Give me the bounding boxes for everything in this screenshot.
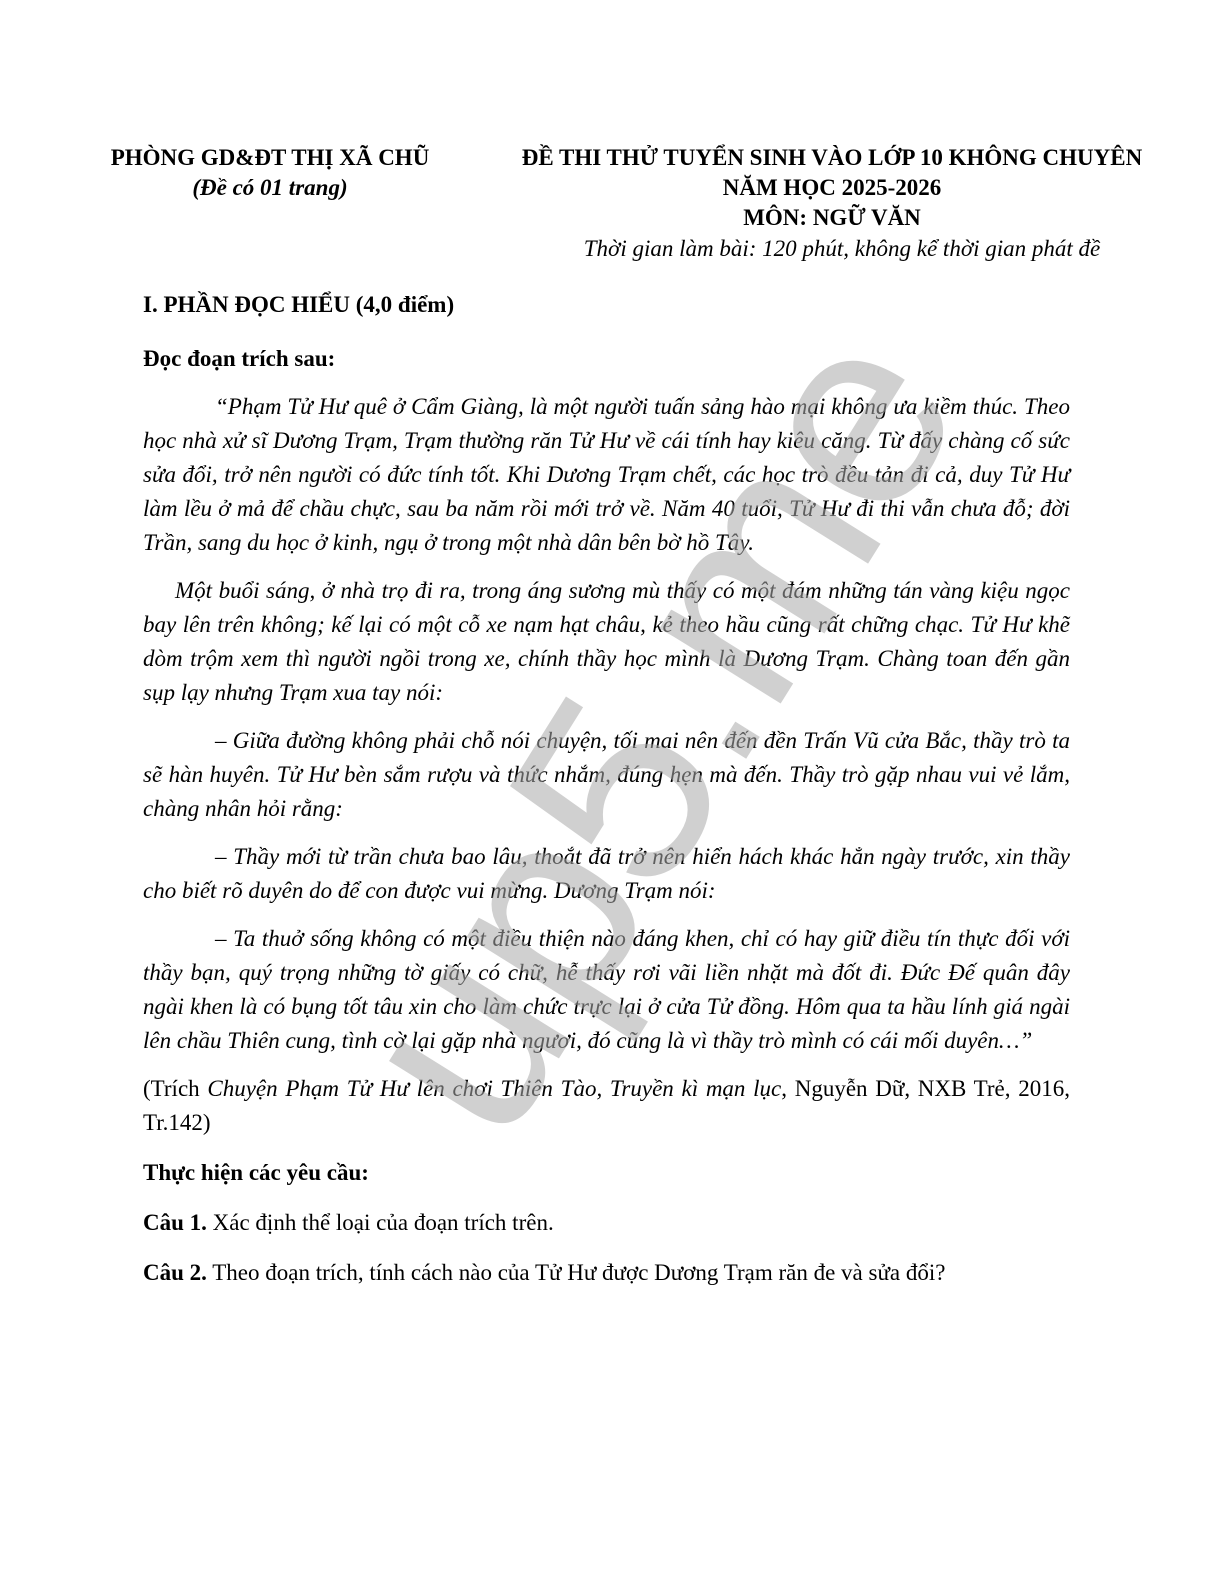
passage-paragraph: Một buổi sáng, ở nhà trọ đi ra, trong án… (143, 574, 1070, 710)
header-left: PHÒNG GD&ĐT THỊ XÃ CHŨ (Đề có 01 trang) (80, 143, 460, 203)
section-title: I. PHẦN ĐỌC HIỂU (4,0 điểm) (143, 290, 1070, 320)
time-note: Thời gian làm bài: 120 phút, không kể th… (470, 233, 1194, 265)
passage-paragraph: – Thầy mới từ trần chưa bao lâu, thoắt đ… (143, 840, 1070, 908)
requirements-title: Thực hiện các yêu cầu: (143, 1158, 1070, 1188)
passage: “Phạm Tử Hư quê ở Cẩm Giàng, là một ngườ… (143, 390, 1070, 1058)
question-label: Câu 2. (143, 1260, 207, 1285)
passage-paragraph: – Ta thuở sống không có một điều thiện n… (143, 922, 1070, 1058)
source-work: Chuyện Phạm Tử Hư lên chơi Thiên Tào, Tr… (207, 1076, 781, 1101)
header-right: ĐỀ THI THỬ TUYỂN SINH VÀO LỚP 10 KHÔNG C… (470, 143, 1194, 265)
subject: MÔN: NGỮ VĂN (470, 203, 1194, 233)
question-label: Câu 1. (143, 1210, 207, 1235)
source-prefix: (Trích (143, 1076, 207, 1101)
question-2: Câu 2. Theo đoạn trích, tính cách nào củ… (143, 1258, 1070, 1288)
organization-name: PHÒNG GD&ĐT THỊ XÃ CHŨ (80, 143, 460, 173)
passage-source: (Trích Chuyện Phạm Tử Hư lên chơi Thiên … (143, 1072, 1070, 1140)
question-text: Theo đoạn trích, tính cách nào của Tử Hư… (207, 1260, 946, 1285)
school-year: NĂM HỌC 2025-2026 (470, 173, 1194, 203)
exam-title: ĐỀ THI THỬ TUYỂN SINH VÀO LỚP 10 KHÔNG C… (470, 143, 1194, 173)
exam-content: I. PHẦN ĐỌC HIỂU (4,0 điểm) Đọc đoạn trí… (143, 290, 1070, 1308)
passage-paragraph: “Phạm Tử Hư quê ở Cẩm Giàng, là một ngườ… (143, 390, 1070, 560)
passage-paragraph: – Giữa đường không phải chỗ nói chuyện, … (143, 724, 1070, 826)
question-text: Xác định thể loại của đoạn trích trên. (207, 1210, 554, 1235)
reading-instruction: Đọc đoạn trích sau: (143, 344, 1070, 374)
page-count-note: (Đề có 01 trang) (80, 173, 460, 203)
question-1: Câu 1. Xác định thể loại của đoạn trích … (143, 1208, 1070, 1238)
